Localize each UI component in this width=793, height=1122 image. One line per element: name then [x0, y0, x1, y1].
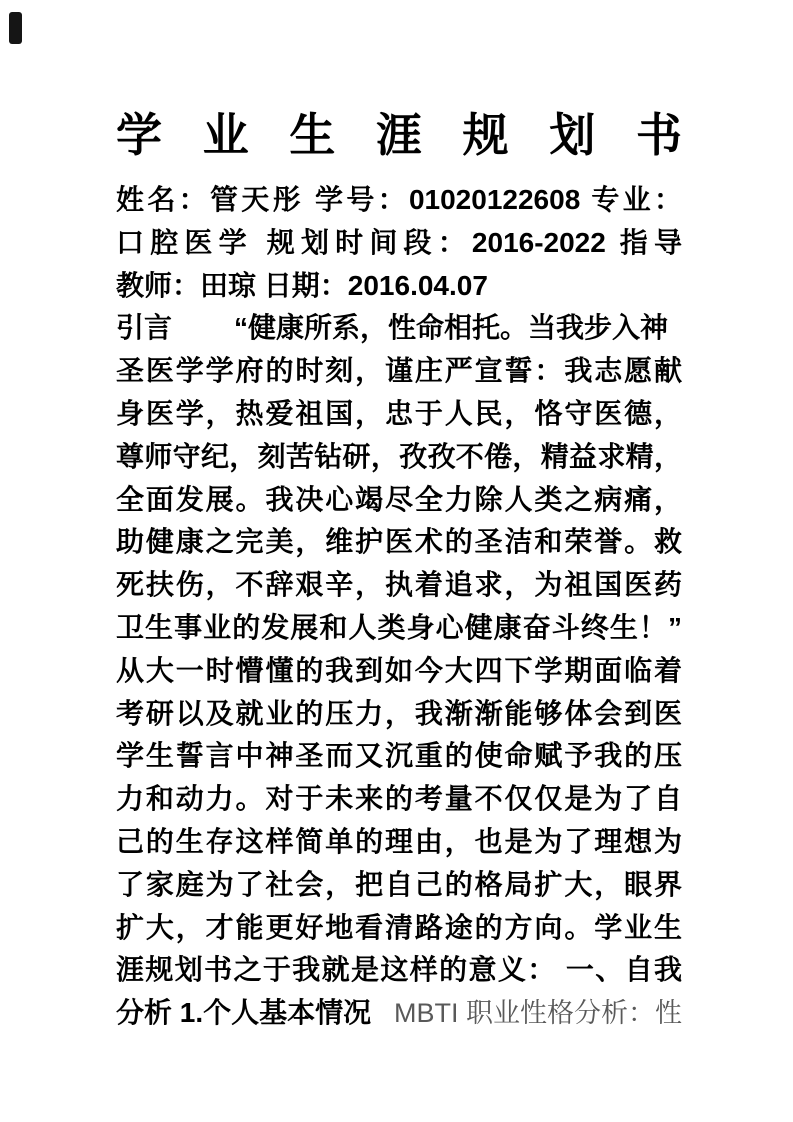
document-content: 学 业 生 涯 规 划 书 姓名：管天彤 学号：01020122608 专业：口…	[116, 97, 682, 1035]
text-line: 全面发展。我决心竭尽全力除人类之病痛，	[116, 479, 682, 522]
text-line: 教师：田琼 日期：2016.04.07	[116, 265, 682, 308]
text-line: 力和动力。对于未来的考量不仅仅是为了自	[116, 778, 682, 821]
text-line: 扩大，才能更好地看清路途的方向。学业生	[116, 907, 682, 950]
text-line: 引言“健康所系，性命相托。当我步入神	[116, 307, 682, 350]
corner-mark	[9, 12, 22, 44]
text-line: 了家庭为了社会，把自己的格局扩大，眼界	[116, 864, 682, 907]
document-body: 姓名：管天彤 学号：01020122608 专业：口腔医学 规划时间段：2016…	[116, 179, 682, 1035]
text-line: 考研以及就业的压力，我渐渐能够体会到医	[116, 693, 682, 736]
mbti-analysis-text: MBTI 职业性格分析：性	[394, 992, 682, 1035]
text-line: 己的生存这样简单的理由，也是为了理想为	[116, 821, 682, 864]
text-line: 助健康之完美，维护医术的圣洁和荣誉。救	[116, 521, 682, 564]
text-line: 卫生事业的发展和人类身心健康奋斗终生！”	[116, 607, 682, 650]
document-page: 学 业 生 涯 规 划 书 姓名：管天彤 学号：01020122608 专业：口…	[0, 0, 793, 1122]
text-line: 身医学，热爱祖国，忠于人民，恪守医德，	[116, 393, 682, 436]
text-line: 涯规划书之于我就是这样的意义： 一、自我	[116, 949, 682, 992]
text-line: 尊师守纪，刻苦钻研，孜孜不倦，精益求精，	[116, 436, 682, 479]
section-heading: 分析 1.个人基本情况	[116, 992, 371, 1035]
text-line: 死扶伤，不辞艰辛，执着追求，为祖国医药	[116, 564, 682, 607]
text-line: 圣医学学府的时刻，谨庄严宣誓：我志愿献	[116, 350, 682, 393]
text-line: 分析 1.个人基本情况MBTI 职业性格分析：性	[116, 992, 682, 1035]
text-line: 口腔医学 规划时间段：2016-2022 指导	[116, 222, 682, 265]
text-line: 学生誓言中神圣而又沉重的使命赋予我的压	[116, 735, 682, 778]
paragraph-text: “健康所系，性命相托。当我步入神	[234, 307, 668, 350]
document-title: 学 业 生 涯 规 划 书	[116, 97, 682, 173]
text-line: 从大一时懵懂的我到如今大四下学期面临着	[116, 650, 682, 693]
paragraph-lead: 引言	[116, 307, 172, 350]
text-line: 姓名：管天彤 学号：01020122608 专业：	[116, 179, 682, 222]
